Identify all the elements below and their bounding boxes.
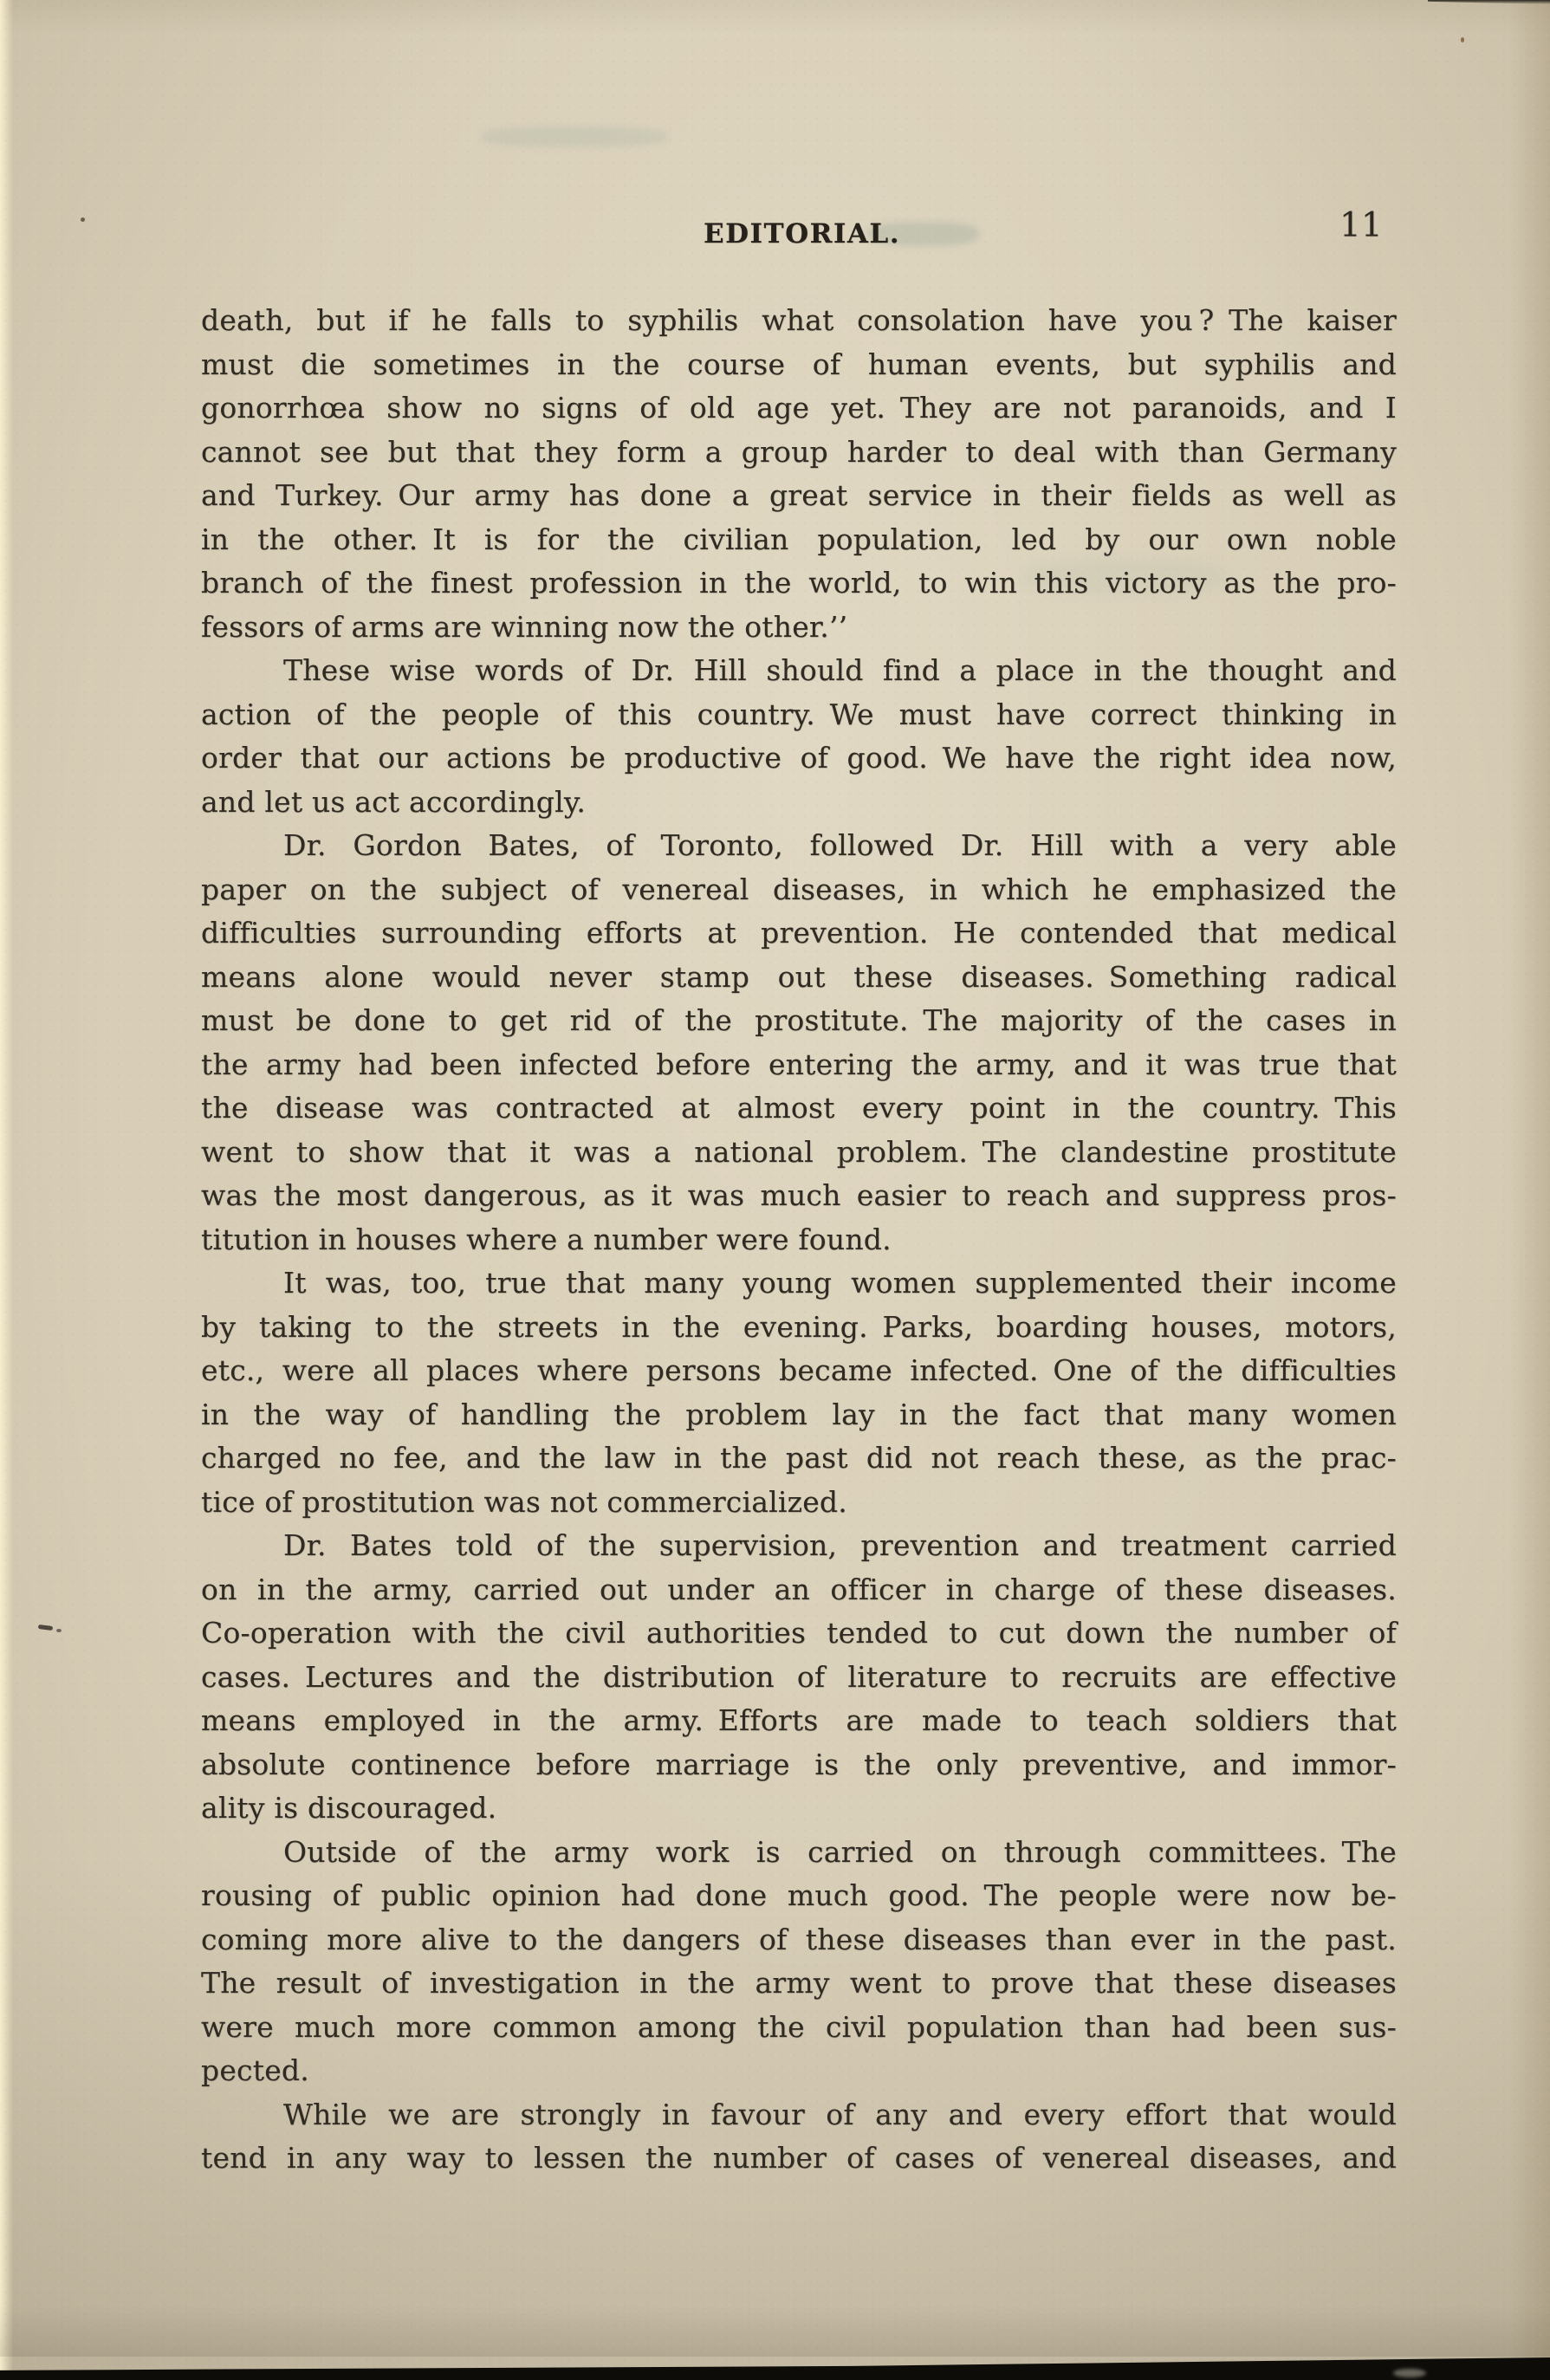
text-line: the army had been infected before enteri… <box>201 1043 1397 1087</box>
text-line: Dr. Gordon Bates, of Toronto, followed D… <box>201 824 1397 868</box>
text-line: must die sometimes in the course of huma… <box>201 343 1397 387</box>
text-line: the disease was contracted at almost eve… <box>201 1086 1397 1131</box>
text-line: action of the people of this country. We… <box>201 693 1397 737</box>
text-line: must be done to get rid of the prostitut… <box>201 999 1397 1043</box>
text-line: The result of investigation in the army … <box>201 1962 1397 2006</box>
text-line: charged no fee, and the law in the past … <box>201 1436 1397 1481</box>
text-line: order that our actions be productive of … <box>201 736 1397 781</box>
text-line: cases. Lectures and the distribution of … <box>201 1656 1397 1700</box>
scan-edge-shadow <box>1428 0 1550 4</box>
text-line: on in the army, carried out under an off… <box>201 1568 1397 1612</box>
text-line: difficulties surrounding efforts at prev… <box>201 911 1397 956</box>
text-line: While we are strongly in favour of any a… <box>201 2093 1397 2137</box>
text-line: titution in houses where a number were f… <box>201 1218 1397 1262</box>
text-line: means alone would never stamp out these … <box>201 956 1397 1000</box>
page-bottom-shadow <box>0 2305 1550 2357</box>
text-line: gonorrhœa show no signs of old age yet. … <box>201 386 1397 431</box>
text-line: by taking to the streets in the evening.… <box>201 1306 1397 1350</box>
text-line: branch of the finest profession in the w… <box>201 561 1397 606</box>
text-line: was the most dangerous, as it was much e… <box>201 1174 1397 1218</box>
show-through-mark <box>482 126 668 147</box>
ink-speck <box>1461 37 1464 42</box>
text-line: pected. <box>201 2049 1397 2093</box>
text-line: Outside of the army work is carried on t… <box>201 1831 1397 1875</box>
text-line: rousing of public opinion had done much … <box>201 1874 1397 1918</box>
text-line: etc., were all places where persons beca… <box>201 1349 1397 1393</box>
text-line: paper on the subject of venereal disease… <box>201 868 1397 912</box>
scan-background-band <box>0 2353 1550 2380</box>
page-number: 11 <box>1339 206 1383 245</box>
text-line: and Turkey. Our army has done a great se… <box>201 474 1397 518</box>
running-head-title: EDITORIAL. <box>704 218 900 250</box>
text-line: coming more alive to the dangers of thes… <box>201 1918 1397 1962</box>
text-line: and let us act accordingly. <box>201 781 1397 825</box>
body-text: death, but if he falls to syphilis what … <box>201 299 1397 2181</box>
text-line: death, but if he falls to syphilis what … <box>201 299 1397 343</box>
text-line: in the way of handling the problem lay i… <box>201 1393 1397 1437</box>
text-line: These wise words of Dr. Hill should find… <box>201 649 1397 693</box>
text-line: fessors of arms are winning now the othe… <box>201 606 1397 650</box>
text-line: in the other. It is for the civilian pop… <box>201 518 1397 562</box>
text-line: ality is discouraged. <box>201 1787 1397 1831</box>
text-line: went to show that it was a national prob… <box>201 1131 1397 1175</box>
margin-pencil-dash <box>38 1624 53 1631</box>
text-line: tice of prostitution was not commerciali… <box>201 1481 1397 1525</box>
text-line: Co-operation with the civil authorities … <box>201 1612 1397 1656</box>
text-line: tend in any way to lessen the number of … <box>201 2137 1397 2181</box>
text-line: cannot see but that they form a group ha… <box>201 431 1397 475</box>
ink-speck <box>81 217 85 222</box>
text-line: means employed in the army. Efforts are … <box>201 1699 1397 1743</box>
text-line: Dr. Bates told of the supervision, preve… <box>201 1524 1397 1568</box>
margin-pencil-dot <box>56 1629 62 1632</box>
scanned-book-page: EDITORIAL. 11 death, but if he falls to … <box>0 0 1550 2380</box>
scan-edge-smudge <box>1393 2369 1426 2377</box>
text-line: It was, too, true that many young women … <box>201 1261 1397 1306</box>
text-line: absolute continence before marriage is t… <box>201 1743 1397 1787</box>
text-line: were much more common among the civil po… <box>201 2006 1397 2050</box>
